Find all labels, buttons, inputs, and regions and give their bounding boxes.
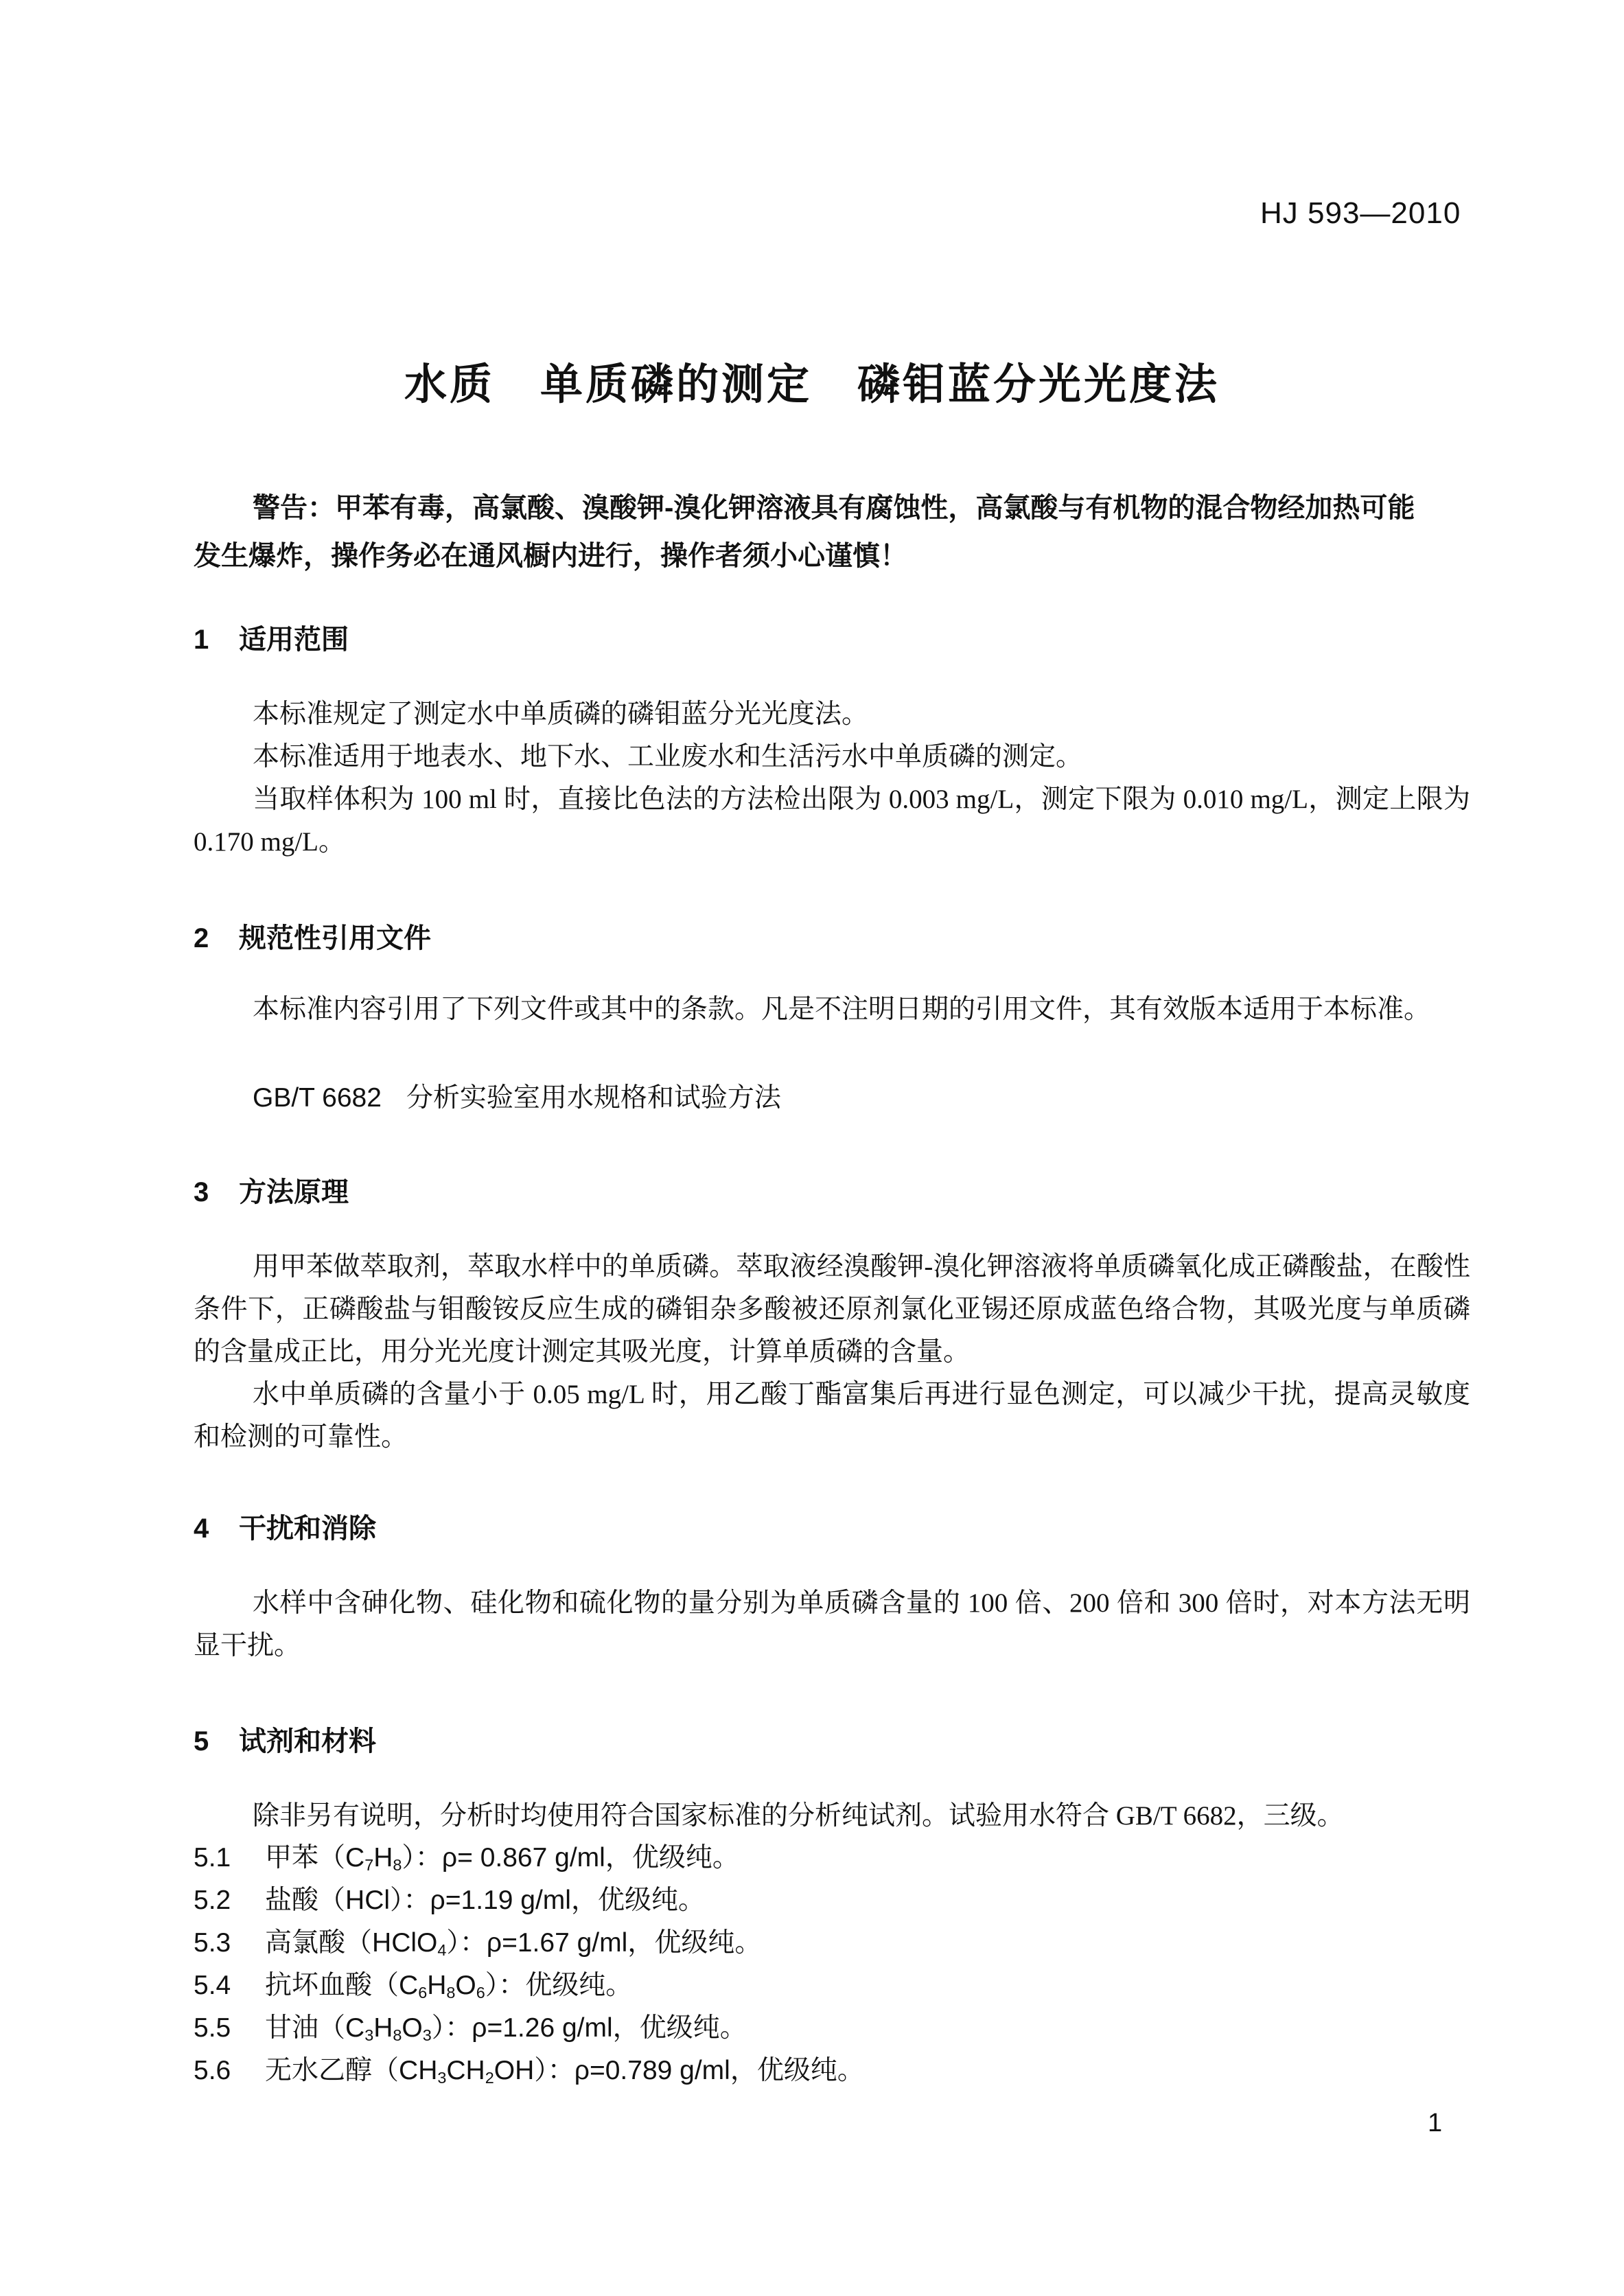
reference-code: GB/T 6682	[253, 1083, 382, 1113]
section-title: 方法原理	[239, 1177, 349, 1207]
document-title: 水质 单质磷的测定 磷钼蓝分光光度法	[0, 350, 1624, 411]
warning-text-line2: 发生爆炸，操作务必在通风橱内进行，操作者须小心谨慎！	[194, 532, 1470, 580]
item-number: 5.1	[194, 1837, 265, 1879]
section-number: 1	[194, 625, 239, 656]
reagent-item: 5.2盐酸（HCl）：ρ=1.19 g/ml，优级纯。	[194, 1879, 705, 1922]
item-number: 5.2	[194, 1879, 265, 1922]
reagent-grade: 优级纯。	[525, 1971, 632, 2000]
section-heading-4: 4干扰和消除	[194, 1507, 376, 1546]
reagent-name: 盐酸	[265, 1886, 318, 1915]
section-4-body: 水样中含砷化物、硅化物和硫化物的量分别为单质磷含量的 100 倍、200 倍和 …	[194, 1582, 1470, 1667]
section-heading-3: 3方法原理	[194, 1170, 349, 1209]
paragraph: 水样中含砷化物、硅化物和硫化物的量分别为单质磷含量的 100 倍、200 倍和 …	[194, 1582, 1470, 1667]
section-2-body: 本标准内容引用了下列文件或其中的条款。凡是不注明日期的引用文件，其有效版本适用于…	[194, 988, 1470, 1031]
paragraph: 本标准规定了测定水中单质磷的磷钼蓝分光光度法。	[194, 693, 1470, 736]
reagent-density: ρ=0.789 g/ml	[575, 2056, 730, 2085]
section-title: 规范性引用文件	[239, 923, 431, 953]
warning-text-line1: 警告：甲苯有毒，高氯酸、溴酸钾-溴化钾溶液具有腐蚀性，高氯酸与有机物的混合物经加…	[194, 484, 1470, 532]
reagent-density: ρ=1.19 g/ml	[430, 1886, 571, 1915]
reagent-grade: 优级纯。	[640, 2013, 747, 2043]
reagent-name: 高氯酸	[265, 1928, 345, 1958]
reagent-grade: 优级纯。	[654, 1928, 761, 1958]
reagent-density: ρ=1.26 g/ml	[472, 2013, 612, 2043]
standard-code: HJ 593—2010	[1260, 196, 1461, 231]
reagent-name: 抗坏血酸	[265, 1971, 372, 2000]
section-3-body: 用甲苯做萃取剂，萃取水样中的单质磷。萃取液经溴酸钾-溴化钾溶液将单质磷氧化成正磷…	[194, 1246, 1470, 1459]
paragraph: 本标准适用于地表水、地下水、工业废水和生活污水中单质磷的测定。	[194, 736, 1470, 778]
reagent-density: ρ=1.67 g/ml	[487, 1928, 627, 1958]
item-number: 5.3	[194, 1922, 265, 1964]
paragraph: 除非另有说明，分析时均使用符合国家标准的分析纯试剂。试验用水符合 GB/T 66…	[194, 1795, 1470, 1837]
paragraph: 用甲苯做萃取剂，萃取水样中的单质磷。萃取液经溴酸钾-溴化钾溶液将单质磷氧化成正磷…	[194, 1246, 1470, 1373]
section-1-body: 本标准规定了测定水中单质磷的磷钼蓝分光光度法。 本标准适用于地表水、地下水、工业…	[194, 693, 1470, 863]
reagent-grade: 优级纯。	[598, 1886, 705, 1915]
reference-title: 分析实验室用水规格和试验方法	[406, 1083, 781, 1113]
warning-block: 警告：甲苯有毒，高氯酸、溴酸钾-溴化钾溶液具有腐蚀性，高氯酸与有机物的混合物经加…	[194, 484, 1470, 580]
reagent-name: 甲苯	[265, 1843, 318, 1872]
section-heading-5: 5试剂和材料	[194, 1719, 376, 1759]
section-number: 4	[194, 1514, 239, 1544]
paragraph: 水中单质磷的含量小于 0.05 mg/L 时，用乙酸丁酯富集后再进行显色测定，可…	[194, 1373, 1470, 1459]
section-title: 适用范围	[239, 625, 349, 655]
reagent-density: ρ= 0.867 g/ml	[442, 1843, 605, 1872]
reagent-name: 无水乙醇	[265, 2056, 372, 2085]
reagent-grade: 优级纯。	[632, 1843, 739, 1872]
normative-reference: GB/T 6682分析实验室用水规格和试验方法	[253, 1076, 781, 1115]
section-title: 干扰和消除	[239, 1514, 376, 1544]
section-number: 5	[194, 1726, 239, 1757]
section-number: 3	[194, 1177, 239, 1208]
section-title: 试剂和材料	[239, 1726, 376, 1756]
reagent-item: 5.6无水乙醇（CH3CH2OH）：ρ=0.789 g/ml，优级纯。	[194, 2050, 864, 2099]
reagent-grade: 优级纯。	[757, 2056, 864, 2085]
reagent-formula: HCl	[345, 1886, 390, 1915]
section-number: 2	[194, 923, 239, 954]
section-heading-1: 1适用范围	[194, 618, 349, 657]
item-number: 5.5	[194, 2007, 265, 2050]
item-number: 5.4	[194, 1964, 265, 2007]
reagent-name: 甘油	[265, 2013, 318, 2043]
section-heading-2: 2规范性引用文件	[194, 916, 431, 955]
page-number: 1	[1428, 2109, 1442, 2138]
item-number: 5.6	[194, 2050, 265, 2092]
paragraph: 本标准内容引用了下列文件或其中的条款。凡是不注明日期的引用文件，其有效版本适用于…	[194, 988, 1470, 1031]
paragraph: 当取样体积为 100 ml 时，直接比色法的方法检出限为 0.003 mg/L，…	[194, 778, 1470, 863]
section-5-body: 除非另有说明，分析时均使用符合国家标准的分析纯试剂。试验用水符合 GB/T 66…	[194, 1795, 1470, 1837]
